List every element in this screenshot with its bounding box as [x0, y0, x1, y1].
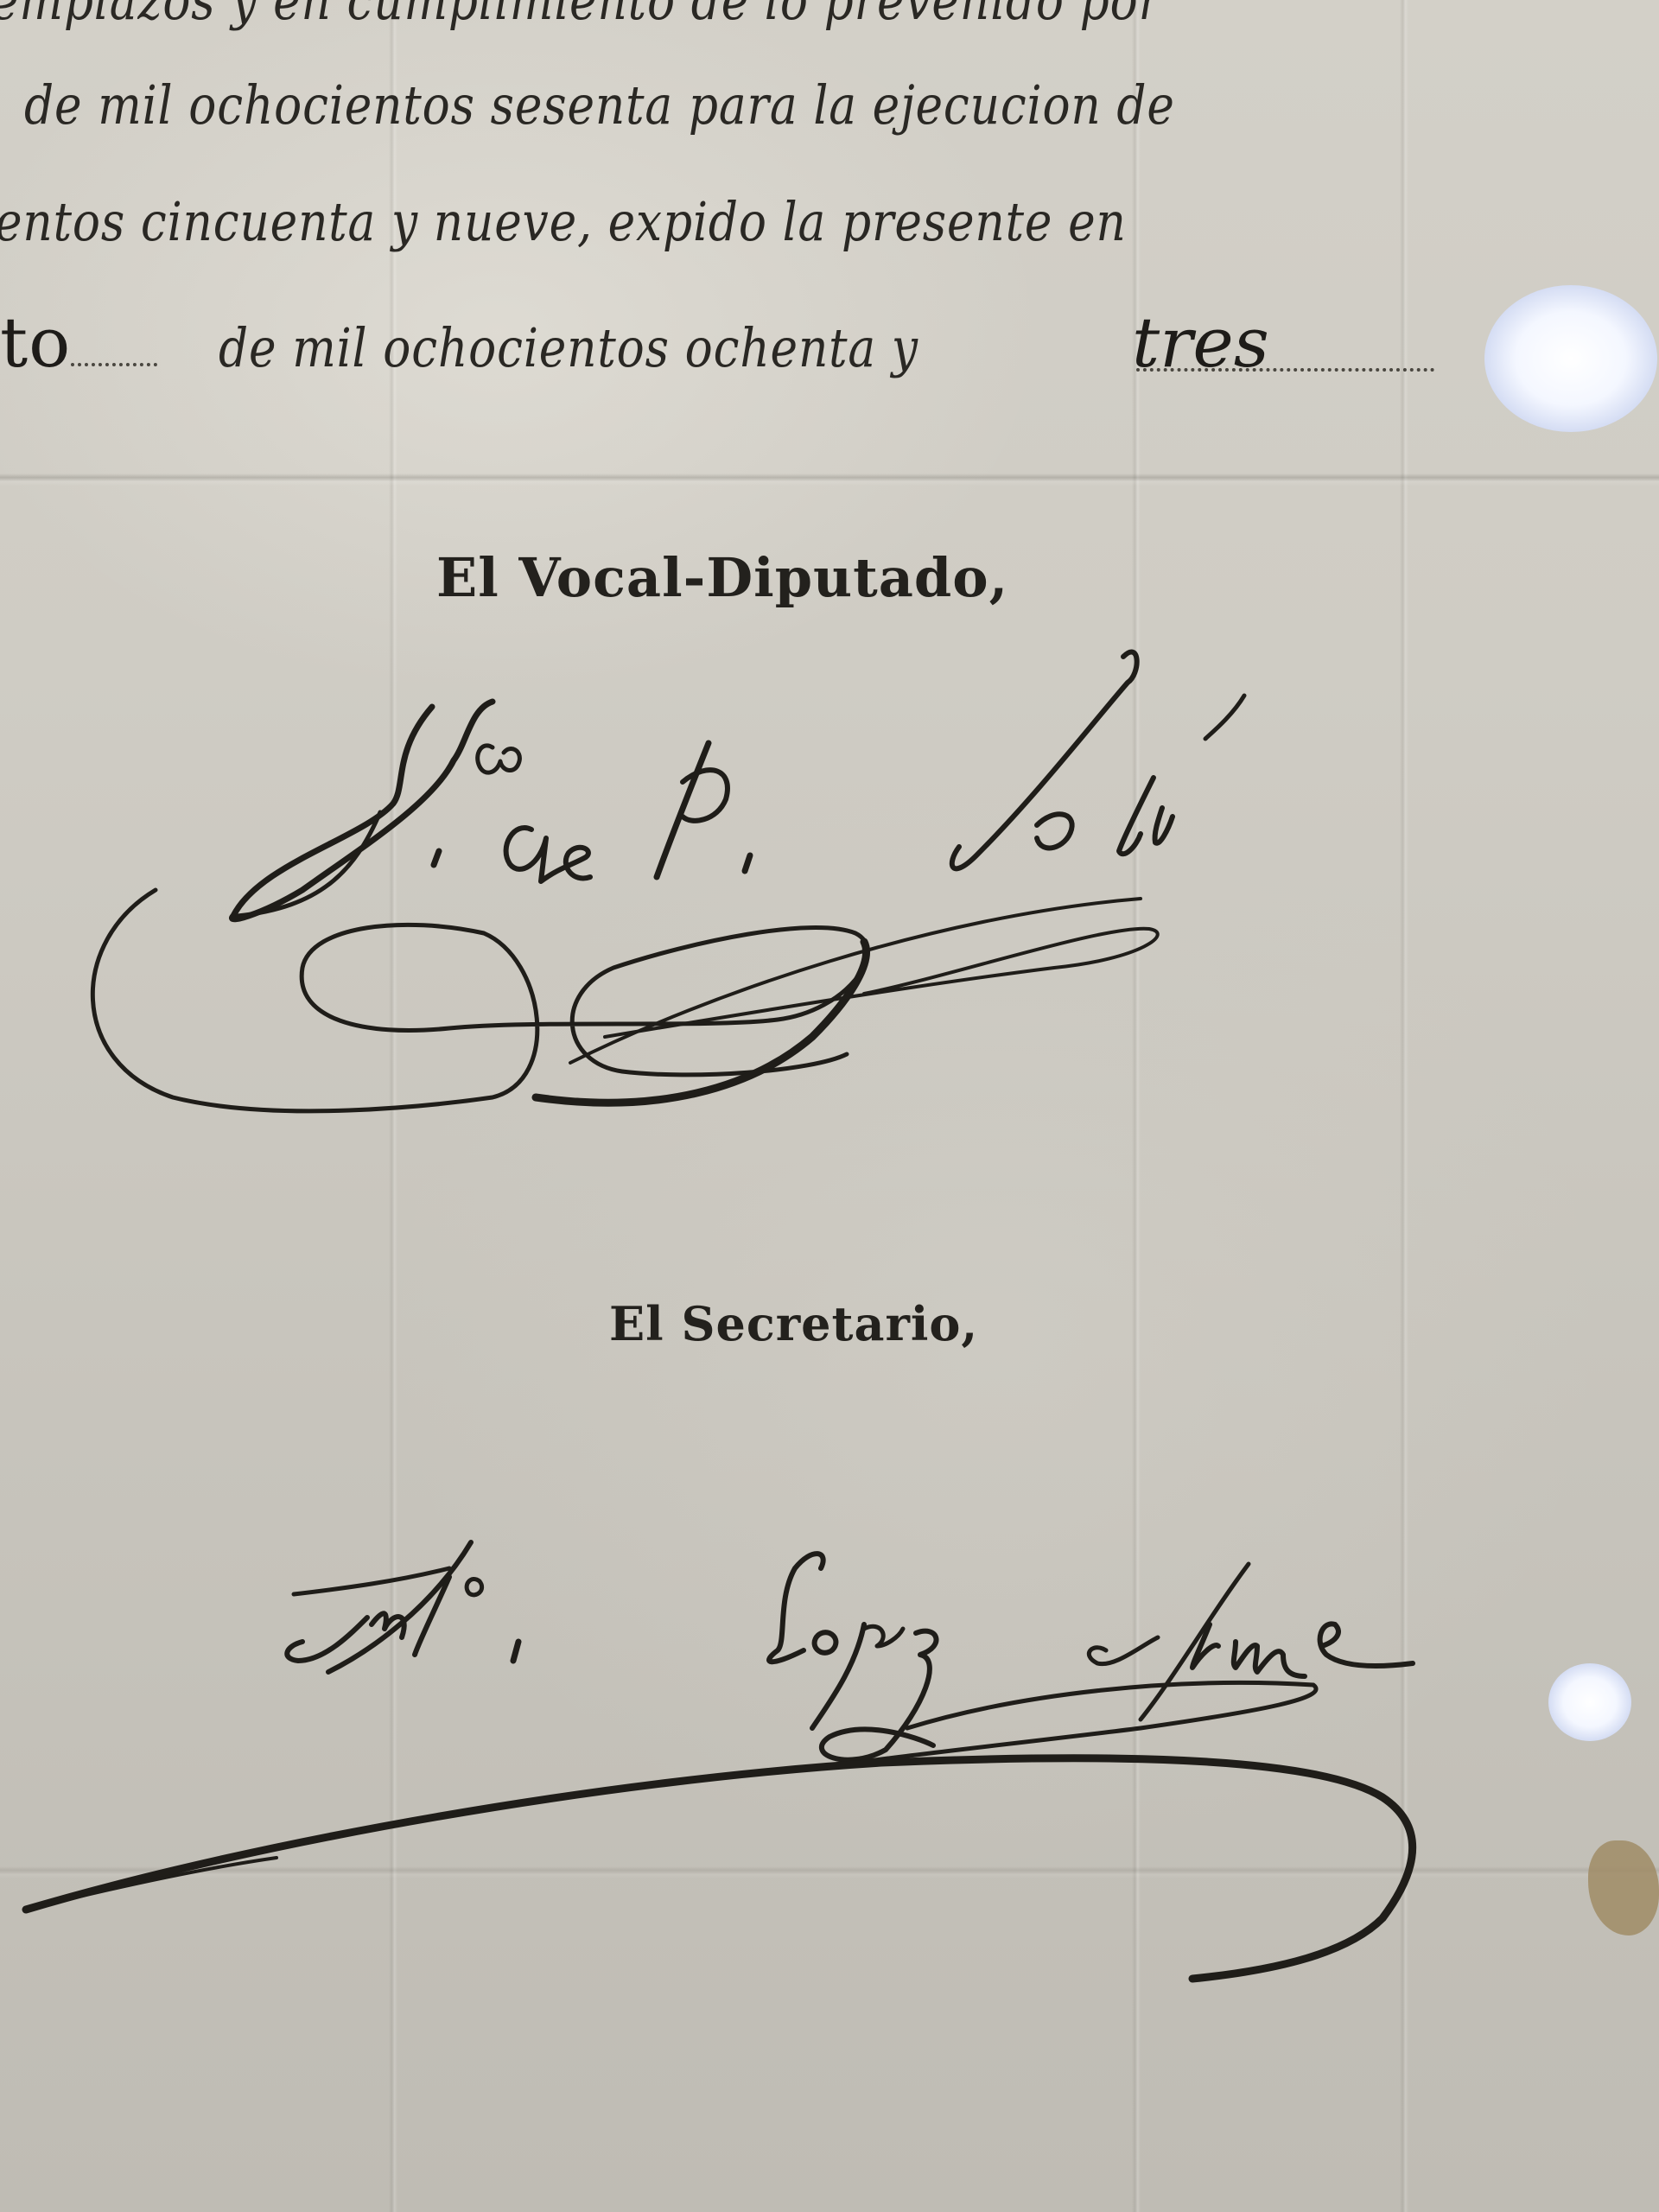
signature-secretario: Antº. Lopez Arme	[0, 0, 1659, 2212]
